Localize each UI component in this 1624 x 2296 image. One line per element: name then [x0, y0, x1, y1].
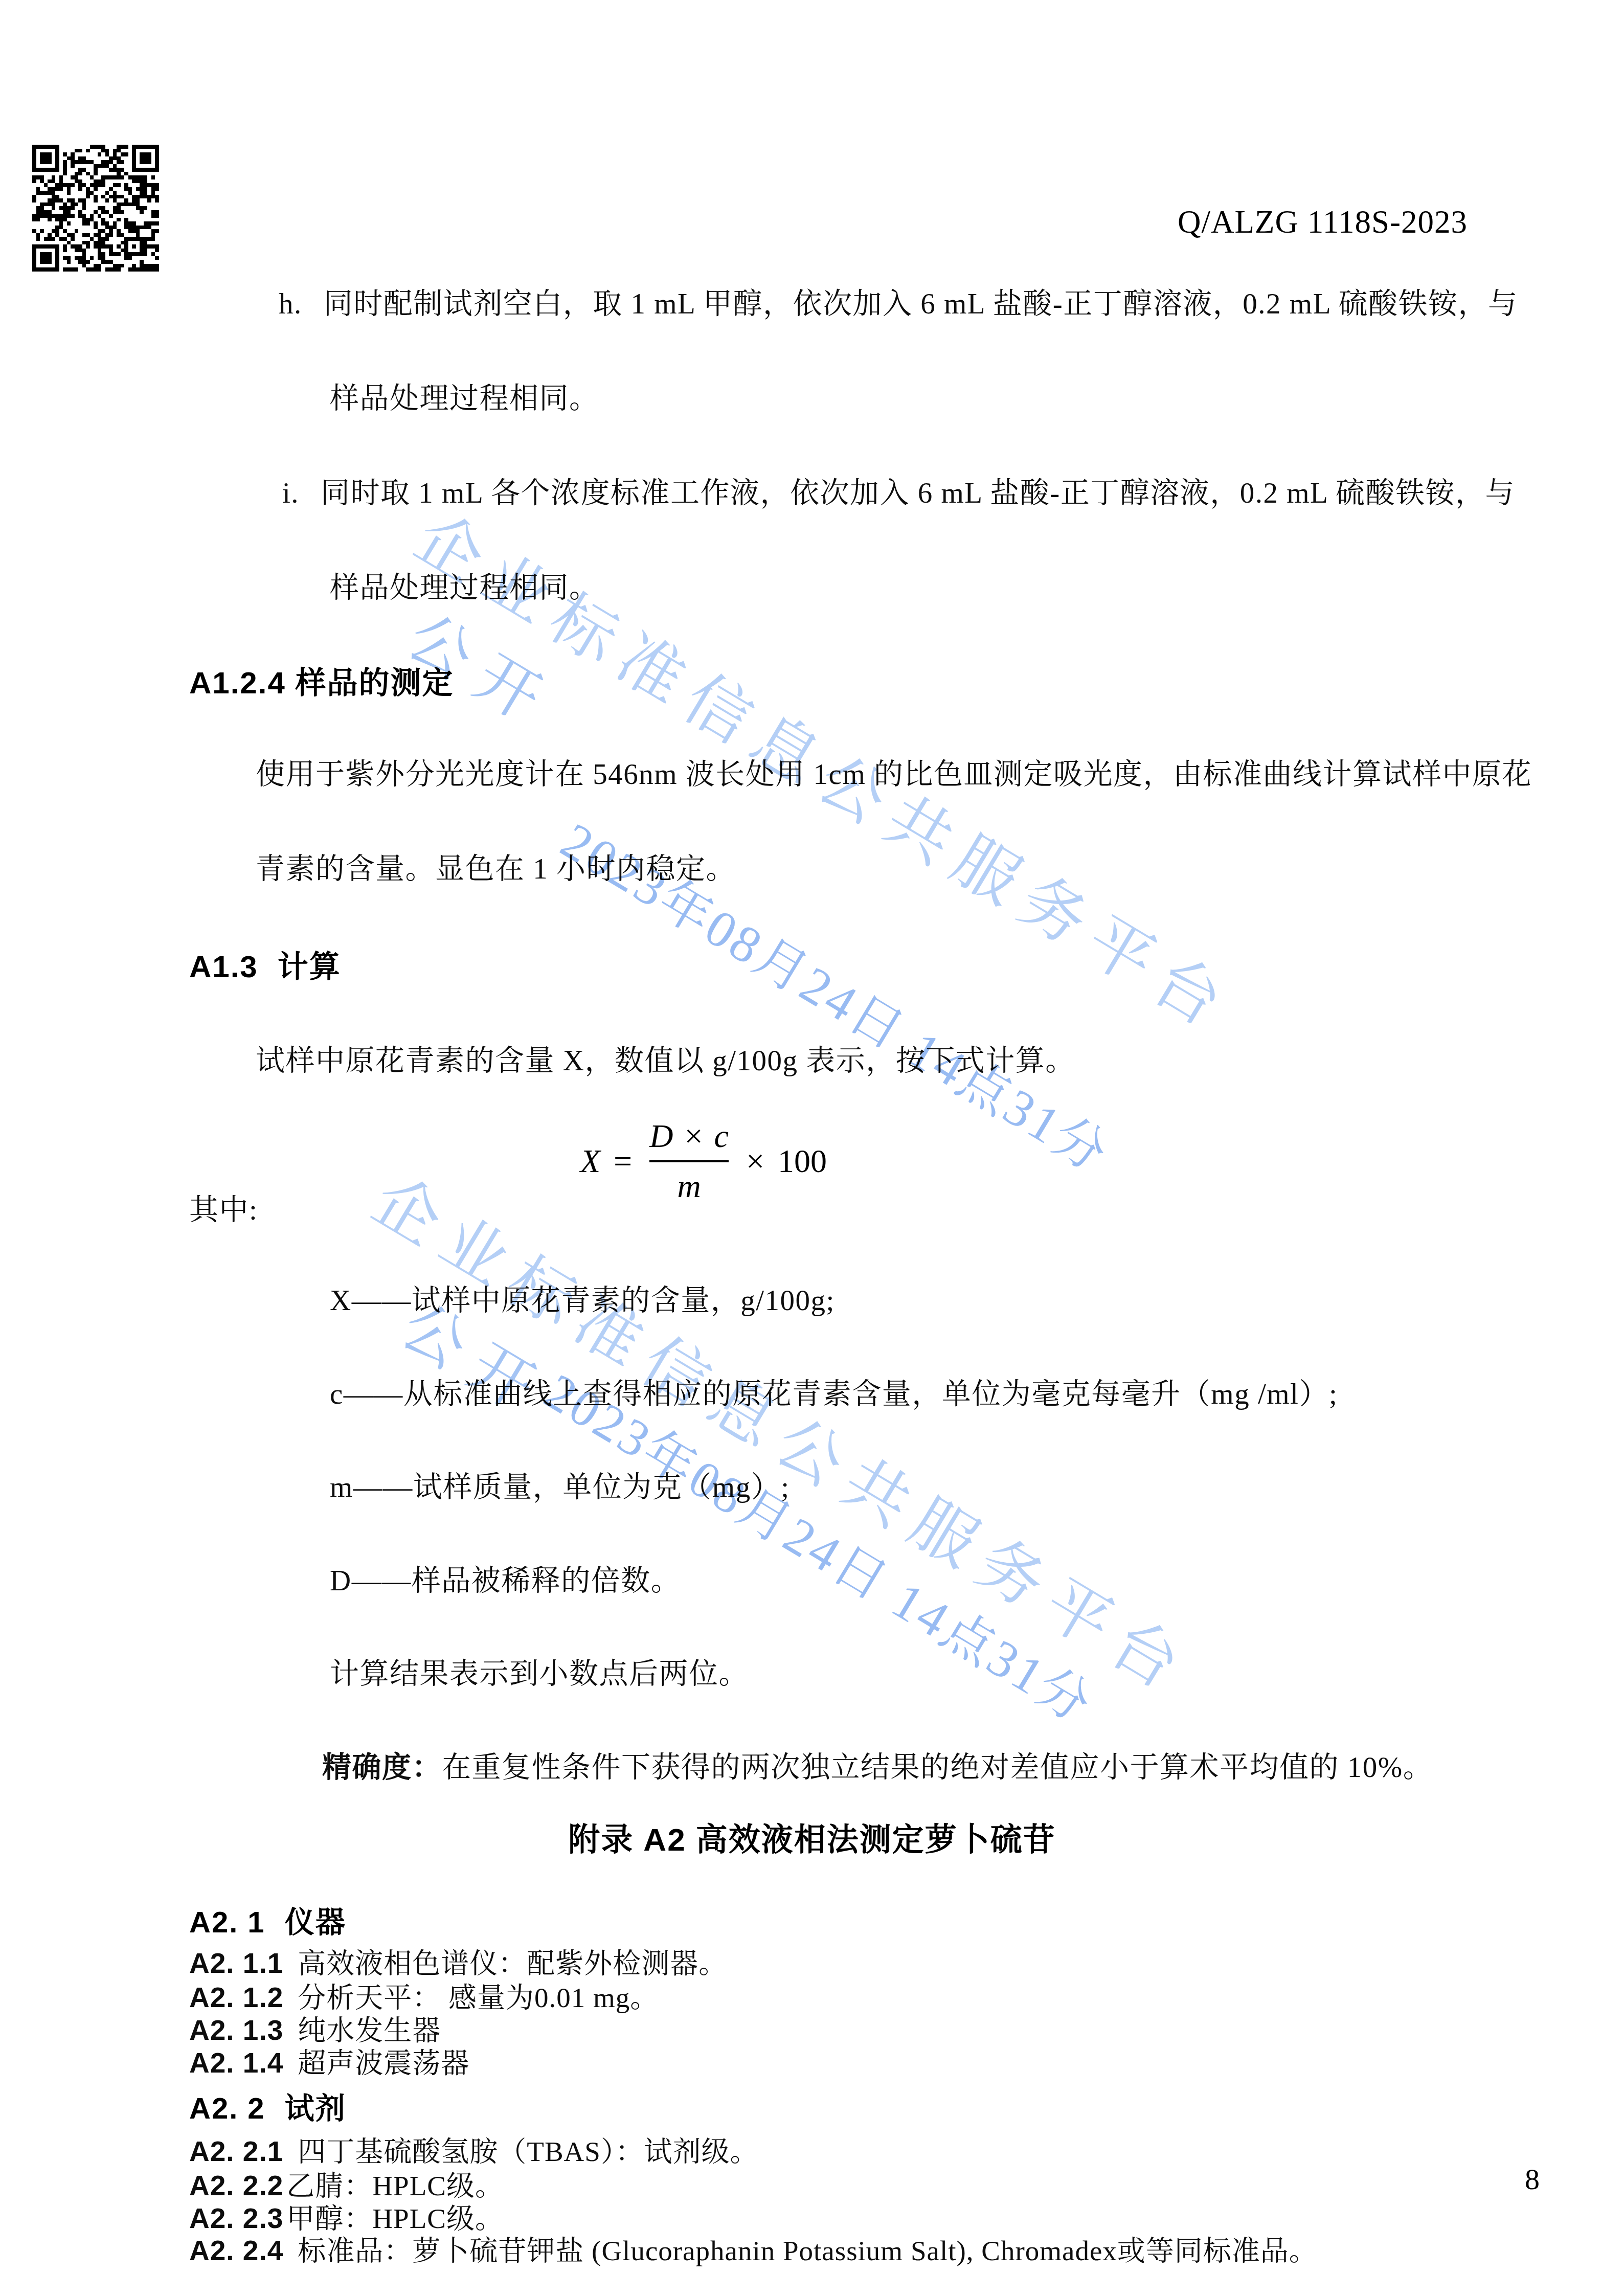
row-text: 标准品：萝卜硫苷钾盐 (Glucoraphanin Potassium Salt… — [298, 2235, 1318, 2266]
note-rounding: 计算结果表示到小数点后两位。 — [330, 1650, 749, 1692]
list-item-i-line2: 样品处理过程相同。 — [330, 564, 599, 606]
heading-label: 仪器 — [285, 1906, 346, 1939]
definition-line-c: c——从标准曲线上查得相应的原花青素含量，单位为毫克每毫升（mg /ml）; — [330, 1370, 1338, 1412]
fraction-bar — [649, 1160, 729, 1162]
doc-number: Q/ALZG 1118S-2023 — [1178, 204, 1468, 241]
row-text: 四丁基硫酸氢胺（TBAS）：试剂级。 — [298, 2136, 758, 2167]
list-item-h-line2: 样品处理过程相同。 — [330, 375, 599, 417]
heading-number: A2. 2 — [189, 2092, 265, 2125]
section-heading-a124: A1.2.4 样品的测定 — [189, 659, 454, 703]
item-text: 同时配制试剂空白，取 1 mL 甲醇，依次加入 6 mL 盐酸-正丁醇溶液，0.… — [324, 288, 1518, 320]
definition-line-m: m——试样质量，单位为克（mg）; — [330, 1464, 790, 1505]
row-text: 高效液相色谱仪：配紫外检测器。 — [298, 1948, 727, 1979]
equals-sign: = — [614, 1142, 632, 1180]
heading-number: A2. 1 — [189, 1906, 265, 1939]
a13-intro-line: 试样中原花青素的含量 X，数值以 g/100g 表示，按下式计算。 — [256, 1037, 1075, 1079]
formula-var-c: c — [714, 1117, 729, 1155]
multiply-sign-outer: × — [746, 1142, 764, 1180]
precision-text: 在重复性条件下获得的两次独立结果的绝对差值应小于算术平均值的 10%。 — [442, 1751, 1433, 1784]
note-precision: 精确度：在重复性条件下获得的两次独立结果的绝对差值应小于算术平均值的 10%。 — [322, 1744, 1433, 1786]
row-number: A2. 1.1 — [189, 1947, 283, 1979]
document-page: Q/ALZG 1118S-2023 h.同时配制试剂空白，取 1 mL 甲醇，依… — [0, 0, 1624, 2296]
page-number: 8 — [1525, 2162, 1540, 2196]
formula: X = D × c m × 100 — [580, 1117, 827, 1205]
list-item-h-line1: h.同时配制试剂空白，取 1 mL 甲醇，依次加入 6 mL 盐酸-正丁醇溶液，… — [279, 280, 1518, 322]
list-row-a224: A2. 2.4标准品：萝卜硫苷钾盐 (Glucoraphanin Potassi… — [189, 2228, 1318, 2268]
where-label: 其中: — [189, 1186, 258, 1228]
multiply-sign-inner: × — [684, 1117, 703, 1155]
item-text: 同时取 1 mL 各个浓度标准工作液，依次加入 6 mL 盐酸-正丁醇溶液，0.… — [321, 477, 1515, 509]
row-number: A2. 1.4 — [189, 2047, 283, 2079]
qr-code — [32, 142, 159, 274]
item-marker-h: h. — [279, 287, 302, 321]
factor-100: 100 — [778, 1142, 827, 1180]
heading-label: 计算 — [278, 950, 341, 984]
watermark-org-text-2: 企业标准信息公共服务平台 — [358, 1150, 1211, 1713]
row-number: A2. 2.4 — [189, 2235, 283, 2266]
a21-heading: A2. 1仪器 — [189, 1898, 346, 1941]
definition-line-x: X——试样中原花青素的含量，g/100g; — [330, 1277, 835, 1319]
formula-var-d: D — [649, 1117, 673, 1155]
heading-number: A1.3 — [189, 950, 258, 984]
heading-label: 试剂 — [285, 2092, 346, 2125]
formula-var-x: X — [580, 1142, 600, 1180]
list-item-i-line1: i.同时取 1 mL 各个浓度标准工作液，依次加入 6 mL 盐酸-正丁醇溶液，… — [282, 469, 1515, 511]
numerator: D × c — [649, 1117, 729, 1155]
a124-paragraph-line2: 青素的含量。显色在 1 小时内稳定。 — [256, 845, 736, 887]
row-number: A2. 2.1 — [189, 2135, 283, 2167]
row-text: 超声波震荡器 — [298, 2047, 469, 2079]
denominator: m — [677, 1167, 701, 1205]
a124-paragraph-line1: 使用于紫外分光光度计在 546nm 波长处用 1cm 的比色皿测定吸光度，由标准… — [256, 751, 1532, 793]
precision-label: 精确度： — [322, 1751, 442, 1784]
fraction: D × c m — [649, 1117, 729, 1205]
list-row-a214: A2. 1.4超声波震荡器 — [189, 2040, 469, 2081]
a22-heading: A2. 2试剂 — [189, 2084, 346, 2127]
definition-line-d: D——样品被稀释的倍数。 — [330, 1557, 681, 1599]
section-heading-a13: A1.3计算 — [189, 942, 341, 986]
appendix-title: 附录 A2 高效液相法测定萝卜硫苷 — [0, 1814, 1624, 1860]
item-marker-i: i. — [282, 477, 299, 510]
